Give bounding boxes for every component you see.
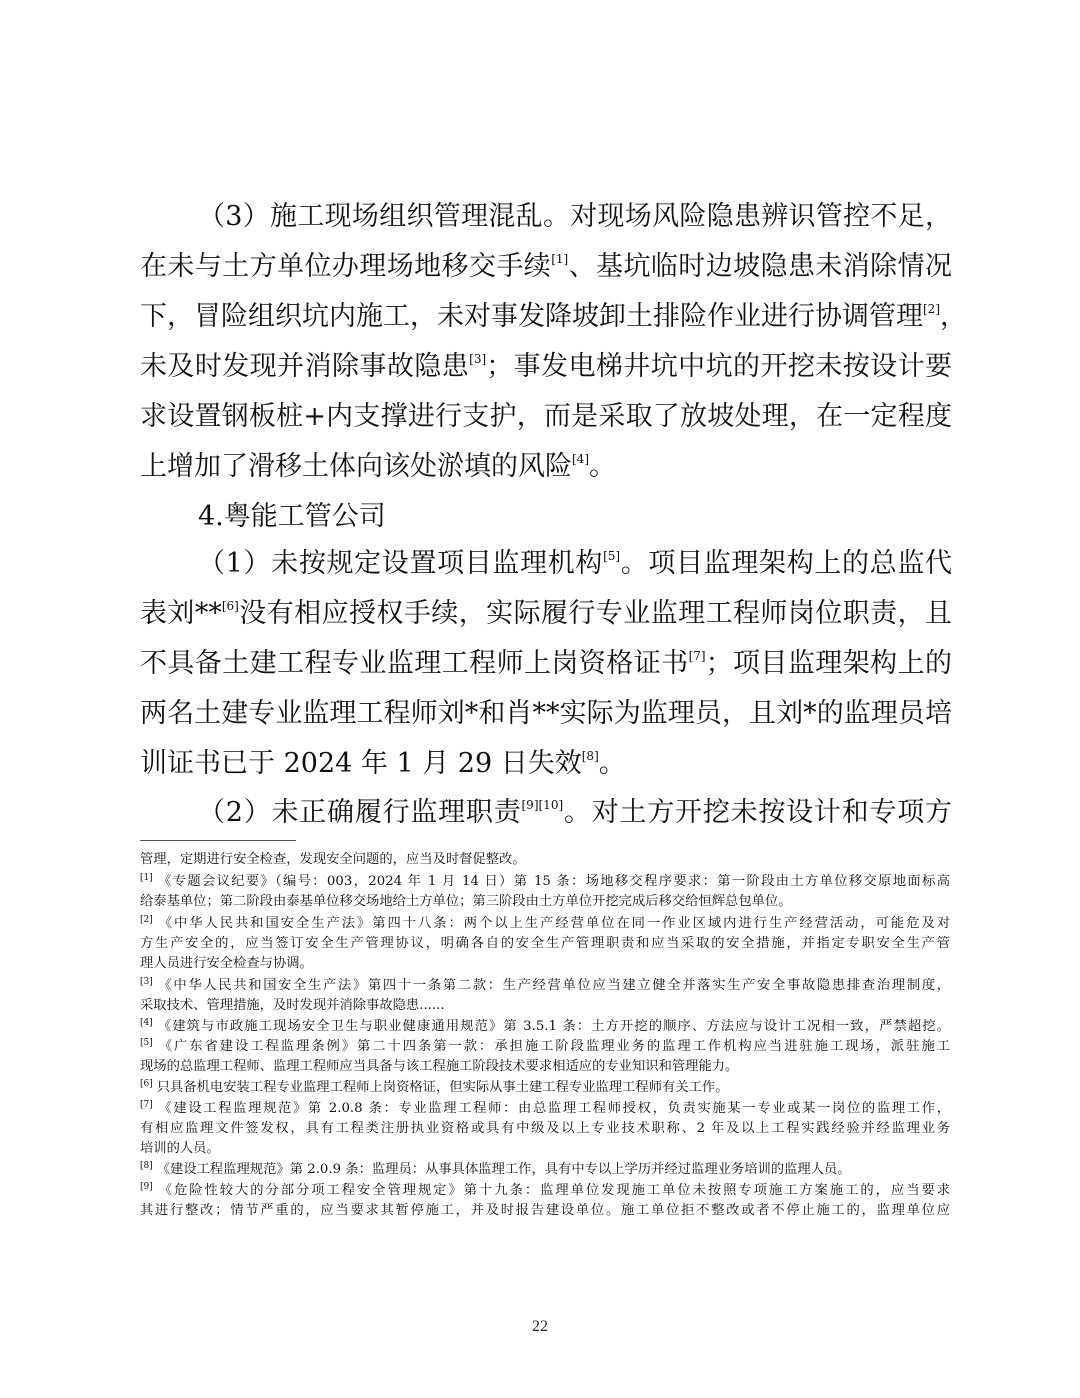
footnote-text: 采取技术、管理措施，及时发现并消除事故隐患...... [140,998,445,1013]
footnote-ref[interactable]: [7] [689,649,706,663]
footnote-ref[interactable]: [1] [551,252,568,266]
text: 训证书已于 2024 年 1 月 29 日失效 [140,748,582,779]
footnote-line: [9]《危险性较大的分部分项工程安全管理规定》第十九条：监理单位发现施工单位未按… [140,1181,950,1201]
body-line: （3）施工现场组织管理混乱。对现场风险隐患辨识管控不足， [198,192,952,242]
footnote-line: 理人员进行安全检查与协调。 [140,954,950,974]
footnote-marker: [9] [140,1182,153,1192]
footnote-text: 管理，定期进行安全检查，发现安全问题的，应当及时督促整改。 [140,852,526,867]
text: 、基坑临时边坡隐患未消除情况 [568,251,952,282]
footnote-ref[interactable]: [10] [539,798,564,812]
footnote-text: 《广东省建设工程监理条例》第二十四条第一款：承担施工阶段监理业务的监理工作机构应… [157,1039,950,1054]
section-heading: 4.粤能工管公司 [198,492,386,542]
footnote-line: 管理，定期进行安全检查，发现安全问题的，应当及时督促整改。 [140,850,950,870]
body-line: 下，冒险组织坑内施工，未对事发降坡卸土排险作业进行协调管理[2]， [140,292,952,342]
text: ；事发电梯井坑中坑的开挖未按设计要 [486,351,952,382]
text: （1）未按规定设置项目监理机构 [198,548,603,579]
footnote-ref[interactable]: [4] [572,452,589,466]
footnote-ref[interactable]: [9] [522,798,539,812]
footnote-marker: [7] [140,1100,153,1110]
footnote-marker: [4] [140,1018,153,1028]
body-line: 不具备土建工程专业监理工程师上岗资格证书[7]；项目监理架构上的 [140,639,952,689]
body-line: 训证书已于 2024 年 1 月 29 日失效[8]。 [140,739,952,789]
text: 上增加了滑移土体向该处淤填的风险 [140,451,572,482]
body-line: （1）未按规定设置项目监理机构[5]。项目监理架构上的总监代 [198,539,952,589]
footnote-line: [1]《专题会议纪要》（编号：003，2024 年 1 月 14 日）第 15 … [140,872,950,892]
footnote-text: 理人员进行安全检查与协调。 [140,956,313,971]
footnote-line: [7]《建设工程监理规范》第 2.0.8 条：专业监理工程师：由总监理工程师授权… [140,1099,950,1119]
footnote-line: 培训的人员。 [140,1139,950,1159]
footnote-marker: [6] [140,1079,153,1089]
footnote-line: [8]《建设工程监理规范》第 2.0.9 条：监理员：从事具体监理工作，具有中专… [140,1160,950,1180]
footnote-text: 《危险性较大的分部分项工程安全管理规定》第十九条：监理单位发现施工单位未按照专项… [157,1183,950,1198]
footnote-text: 给泰基单位；第二阶段由泰基单位移交场地给土方单位；第三阶段由土方单位开挖完成后移… [140,894,792,909]
footnote-marker: [8] [140,1161,153,1171]
body-line: 求设置钢板桩+内支撑进行支护，而是采取了放坡处理，在一定程度 [140,392,952,442]
footnote-line: [5]《广东省建设工程监理条例》第二十四条第一款：承担施工阶段监理业务的监理工作… [140,1037,950,1057]
footnote-line: 给泰基单位；第二阶段由泰基单位移交场地给土方单位；第三阶段由土方单位开挖完成后移… [140,892,950,912]
footnote-text: 《中华人民共和国安全生产法》第四十一条第二款：生产经营单位应当建立健全并落实生产… [157,978,950,993]
footnote-text: 有相应监理文件签发权，具有工程类注册执业资格或具有中级及以上专业技术职称、2 年… [140,1121,950,1136]
body-line: 两名土建专业监理工程师刘*和肖**实际为监理员，且刘*的监理员培 [140,689,952,739]
text: ；项目监理架构上的 [706,648,952,679]
page-number: 22 [0,1318,1080,1336]
footnote-ref[interactable]: [5] [603,549,620,563]
text: 。 [589,451,616,482]
footnote-ref[interactable]: [8] [582,749,599,763]
body-line: 在未与土方单位办理场地移交手续[1]、基坑临时边坡隐患未消除情况 [140,242,952,292]
footnote-text: 培训的人员。 [140,1141,220,1156]
footnote-line: 采取技术、管理措施，及时发现并消除事故隐患...... [140,996,950,1016]
text: （2）未正确履行监理职责 [198,797,522,828]
footnote-text: 《建设工程监理规范》第 2.0.9 条：监理员：从事具体监理工作，具有中专以上学… [157,1162,851,1177]
body-line: 上增加了滑移土体向该处淤填的风险[4]。 [140,442,952,492]
footnote-text: 《建筑与市政施工现场安全卫生与职业健康通用规范》第 3.5.1 条：土方开挖的顺… [157,1019,950,1034]
footnote-marker: [5] [140,1038,153,1048]
footnote-separator [140,840,296,841]
footnote-line: [3]《中华人民共和国安全生产法》第四十一条第二款：生产经营单位应当建立健全并落… [140,976,950,996]
text: 不具备土建工程专业监理工程师上岗资格证书 [140,648,689,679]
text: 。项目监理架构上的总监代 [620,548,952,579]
footnote-ref[interactable]: [2] [923,302,940,316]
footnote-ref[interactable]: [6] [222,599,239,613]
text: 没有相应授权手续，实际履行专业监理工程师岗位职责，且 [239,598,952,629]
footnote-line: 其进行整改；情节严重的，应当要求其暂停施工，并及时报告建设单位。施工单位拒不整改… [140,1201,950,1221]
text: 下，冒险组织坑内施工，未对事发降坡卸土排险作业进行协调管理 [140,301,923,332]
footnote-marker: [3] [140,977,153,987]
body-line: 表刘**[6]没有相应授权手续，实际履行专业监理工程师岗位职责，且 [140,589,952,639]
text: 。对土方开挖未按设计和专项方 [563,797,952,828]
footnote-line: 现场的总监理工程师、监理工程师应当具备与该工程施工阶段技术要求相适应的专业知识和… [140,1057,950,1077]
body-line: （2）未正确履行监理职责[9][10]。对土方开挖未按设计和专项方 [198,788,952,838]
footnote-line: [6]只具备机电安装工程专业监理工程师上岗资格证，但实际从事土建工程专业监理工程… [140,1078,950,1098]
footnote-text: 《建设工程监理规范》第 2.0.8 条：专业监理工程师：由总监理工程师授权，负责… [157,1101,950,1116]
footnote-line: 方生产安全的，应当签订安全生产管理协议，明确各自的安全生产管理职责和应当采取的安… [140,934,950,954]
footnote-line: [4]《建筑与市政施工现场安全卫生与职业健康通用规范》第 3.5.1 条：土方开… [140,1017,950,1037]
text: 求设置钢板桩+内支撑进行支护，而是采取了放坡处理，在一定程度 [140,401,952,432]
footnote-line: 有相应监理文件签发权，具有工程类注册执业资格或具有中级及以上专业技术职称、2 年… [140,1119,950,1139]
footnote-marker: [1] [140,873,153,883]
body-line: 未及时发现并消除事故隐患[3]；事发电梯井坑中坑的开挖未按设计要 [140,342,952,392]
footnote-ref[interactable]: [3] [469,352,486,366]
footnote-marker: [2] [140,915,153,925]
document-page: （3）施工现场组织管理混乱。对现场风险隐患辨识管控不足， 在未与土方单位办理场地… [0,0,1080,1398]
text: 表刘** [140,598,222,629]
footnote-text: 方生产安全的，应当签订安全生产管理协议，明确各自的安全生产管理职责和应当采取的安… [140,936,950,951]
text: ， [940,301,967,332]
heading-text: 4.粤能工管公司 [198,501,386,532]
footnote-text: 《中华人民共和国安全生产法》第四十八条：两个以上生产经营单位在同一作业区域内进行… [157,916,950,931]
footnote-text: 现场的总监理工程师、监理工程师应当具备与该工程施工阶段技术要求相适应的专业知识和… [140,1059,738,1074]
footnote-line: [2]《中华人民共和国安全生产法》第四十八条：两个以上生产经营单位在同一作业区域… [140,914,950,934]
text: 未及时发现并消除事故隐患 [140,351,469,382]
text: 。 [599,748,626,779]
footnote-text: 其进行整改；情节严重的，应当要求其暂停施工，并及时报告建设单位。施工单位拒不整改… [140,1203,950,1218]
text: （3）施工现场组织管理混乱。对现场风险隐患辨识管控不足， [198,201,952,232]
footnote-text: 只具备机电安装工程专业监理工程师上岗资格证，但实际从事土建工程专业监理工程师有关… [157,1080,729,1095]
text: 两名土建专业监理工程师刘*和肖**实际为监理员，且刘*的监理员培 [140,698,952,729]
text: 在未与土方单位办理场地移交手续 [140,251,551,282]
footnote-text: 《专题会议纪要》（编号：003，2024 年 1 月 14 日）第 15 条：场… [157,874,950,889]
